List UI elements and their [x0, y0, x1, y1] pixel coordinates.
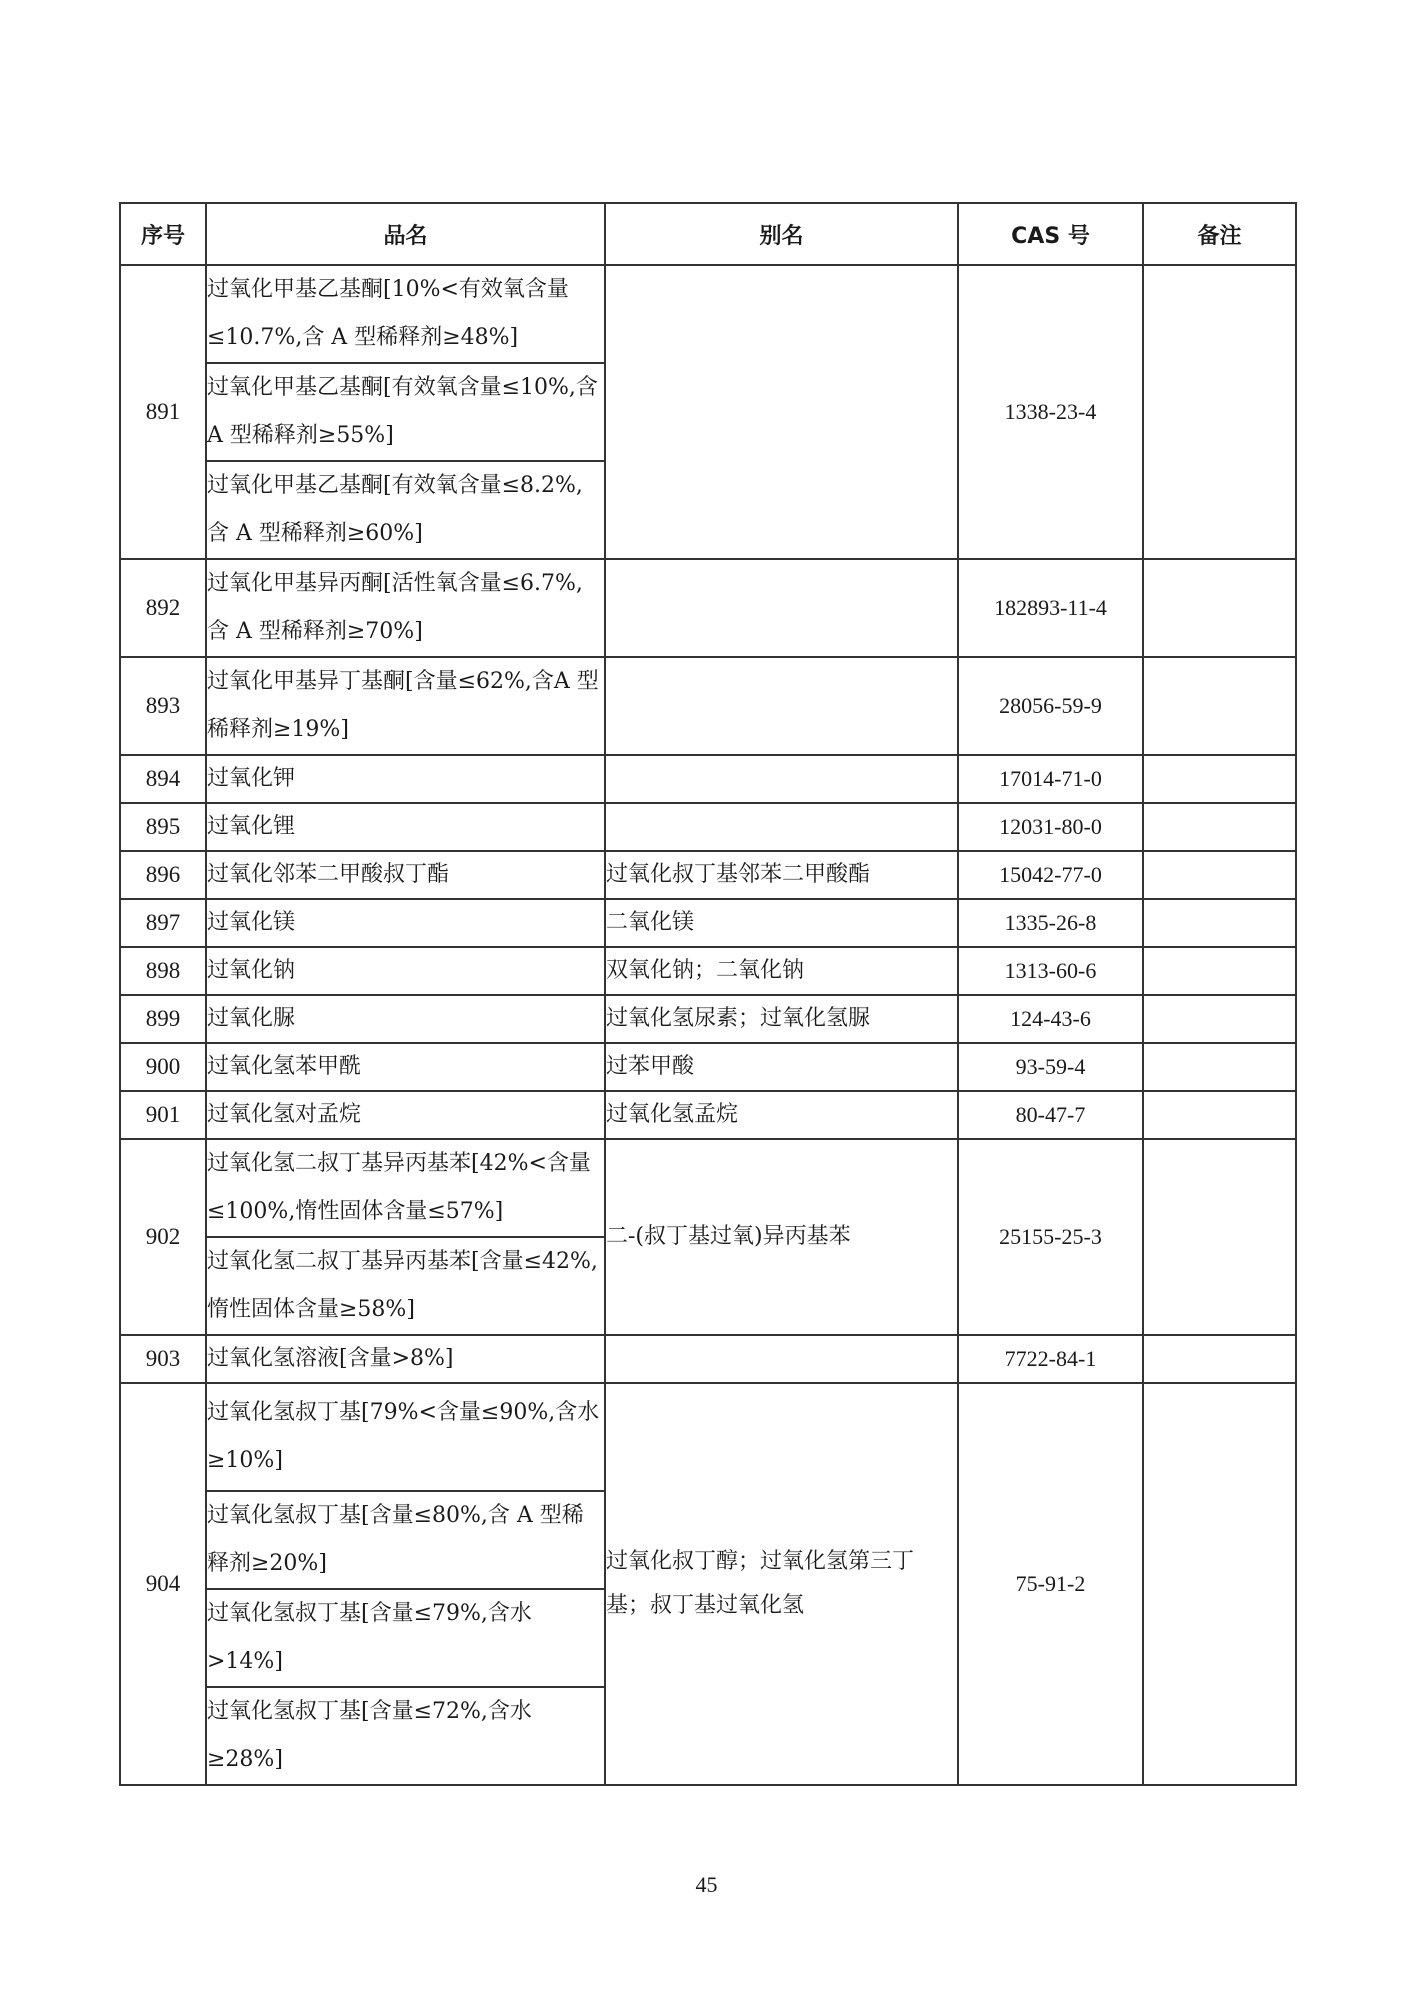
note — [1143, 559, 1296, 657]
note — [1143, 803, 1296, 851]
alias — [605, 755, 958, 803]
cas-number: 80-47-7 — [958, 1091, 1143, 1139]
alias — [605, 265, 958, 559]
note — [1143, 755, 1296, 803]
product-name: 过氧化脲 — [206, 995, 605, 1043]
header-note: 备注 — [1143, 203, 1296, 265]
cas-number: 1335-26-8 — [958, 899, 1143, 947]
header-alias: 别名 — [605, 203, 958, 265]
note — [1143, 1139, 1296, 1335]
row-number: 902 — [120, 1139, 206, 1335]
product-name: 过氧化氢叔丁基[79%<含量≤90%,含水≥10%] — [206, 1383, 605, 1491]
alias: 二氧化镁 — [605, 899, 958, 947]
note — [1143, 657, 1296, 755]
page-number: 45 — [0, 1872, 1413, 1898]
product-name: 过氧化氢二叔丁基异丙基苯[含量≤42%,惰性固体含量≥58%] — [206, 1237, 605, 1335]
row-number: 903 — [120, 1335, 206, 1383]
cas-number: 93-59-4 — [958, 1043, 1143, 1091]
alias: 过苯甲酸 — [605, 1043, 958, 1091]
row-number: 891 — [120, 265, 206, 559]
table-row: 898 过氧化钠 双氧化钠；二氧化钠 1313-60-6 — [120, 947, 1296, 995]
alias: 双氧化钠；二氧化钠 — [605, 947, 958, 995]
table-row: 900 过氧化氢苯甲酰 过苯甲酸 93-59-4 — [120, 1043, 1296, 1091]
product-name: 过氧化邻苯二甲酸叔丁酯 — [206, 851, 605, 899]
product-name: 过氧化钾 — [206, 755, 605, 803]
cas-number: 75-91-2 — [958, 1383, 1143, 1785]
product-name: 过氧化氢苯甲酰 — [206, 1043, 605, 1091]
row-number: 898 — [120, 947, 206, 995]
header-cas: CAS 号 — [958, 203, 1143, 265]
note — [1143, 265, 1296, 559]
product-name: 过氧化氢二叔丁基异丙基苯[42%<含量≤100%,惰性固体含量≤57%] — [206, 1139, 605, 1237]
product-name: 过氧化锂 — [206, 803, 605, 851]
alias: 过氧化氢尿素；过氧化氢脲 — [605, 995, 958, 1043]
alias — [605, 657, 958, 755]
cas-number: 124-43-6 — [958, 995, 1143, 1043]
cas-number: 17014-71-0 — [958, 755, 1143, 803]
cas-number: 28056-59-9 — [958, 657, 1143, 755]
cas-number: 1313-60-6 — [958, 947, 1143, 995]
table-row: 893 过氧化甲基异丁基酮[含量≤62%,含A 型稀释剂≥19%] 28056-… — [120, 657, 1296, 755]
product-name: 过氧化甲基异丁基酮[含量≤62%,含A 型稀释剂≥19%] — [206, 657, 605, 755]
alias: 过氧化叔丁醇；过氧化氢第三丁基；叔丁基过氧化氢 — [605, 1383, 958, 1785]
note — [1143, 1091, 1296, 1139]
row-number: 893 — [120, 657, 206, 755]
row-number: 897 — [120, 899, 206, 947]
table-row: 892 过氧化甲基异丙酮[活性氧含量≤6.7%,含 A 型稀释剂≥70%] 18… — [120, 559, 1296, 657]
table-row: 903 过氧化氢溶液[含量>8%] 7722-84-1 — [120, 1335, 1296, 1383]
alias — [605, 559, 958, 657]
row-number: 896 — [120, 851, 206, 899]
note — [1143, 851, 1296, 899]
note — [1143, 1383, 1296, 1785]
alias: 二-(叔丁基过氧)异丙基苯 — [605, 1139, 958, 1335]
table-row: 904 过氧化氢叔丁基[79%<含量≤90%,含水≥10%] 过氧化叔丁醇；过氧… — [120, 1383, 1296, 1491]
alias: 过氧化叔丁基邻苯二甲酸酯 — [605, 851, 958, 899]
table-row: 896 过氧化邻苯二甲酸叔丁酯 过氧化叔丁基邻苯二甲酸酯 15042-77-0 — [120, 851, 1296, 899]
product-name: 过氧化氢叔丁基[含量≤80%,含 A 型稀释剂≥20%] — [206, 1491, 605, 1589]
cas-number: 182893-11-4 — [958, 559, 1143, 657]
document-page: 序号 品名 别名 CAS 号 备注 891 过氧化甲基乙基酮[10%<有效氧含量… — [0, 0, 1413, 2000]
header-name: 品名 — [206, 203, 605, 265]
cas-number: 15042-77-0 — [958, 851, 1143, 899]
product-name: 过氧化氢叔丁基[含量≤72%,含水≥28%] — [206, 1687, 605, 1785]
row-number: 899 — [120, 995, 206, 1043]
cas-number: 12031-80-0 — [958, 803, 1143, 851]
row-number: 900 — [120, 1043, 206, 1091]
row-number: 904 — [120, 1383, 206, 1785]
product-name: 过氧化甲基乙基酮[有效氧含量≤10%,含 A 型稀释剂≥55%] — [206, 363, 605, 461]
note — [1143, 995, 1296, 1043]
cas-number: 25155-25-3 — [958, 1139, 1143, 1335]
cas-number: 7722-84-1 — [958, 1335, 1143, 1383]
table-row: 891 过氧化甲基乙基酮[10%<有效氧含量 ≤10.7%,含 A 型稀释剂≥4… — [120, 265, 1296, 363]
table-row: 901 过氧化氢对孟烷 过氧化氢孟烷 80-47-7 — [120, 1091, 1296, 1139]
product-name: 过氧化甲基乙基酮[10%<有效氧含量 ≤10.7%,含 A 型稀释剂≥48%] — [206, 265, 605, 363]
product-name: 过氧化氢溶液[含量>8%] — [206, 1335, 605, 1383]
product-name: 过氧化甲基异丙酮[活性氧含量≤6.7%,含 A 型稀释剂≥70%] — [206, 559, 605, 657]
alias — [605, 1335, 958, 1383]
note — [1143, 899, 1296, 947]
note — [1143, 1335, 1296, 1383]
row-number: 901 — [120, 1091, 206, 1139]
table-row: 899 过氧化脲 过氧化氢尿素；过氧化氢脲 124-43-6 — [120, 995, 1296, 1043]
product-name: 过氧化甲基乙基酮[有效氧含量≤8.2%,含 A 型稀释剂≥60%] — [206, 461, 605, 559]
cas-number: 1338-23-4 — [958, 265, 1143, 559]
note — [1143, 947, 1296, 995]
product-name: 过氧化镁 — [206, 899, 605, 947]
hazardous-chemicals-table: 序号 品名 别名 CAS 号 备注 891 过氧化甲基乙基酮[10%<有效氧含量… — [119, 202, 1297, 1786]
product-name: 过氧化氢对孟烷 — [206, 1091, 605, 1139]
product-name: 过氧化钠 — [206, 947, 605, 995]
alias — [605, 803, 958, 851]
table-row: 897 过氧化镁 二氧化镁 1335-26-8 — [120, 899, 1296, 947]
row-number: 894 — [120, 755, 206, 803]
header-no: 序号 — [120, 203, 206, 265]
table-row: 902 过氧化氢二叔丁基异丙基苯[42%<含量≤100%,惰性固体含量≤57%]… — [120, 1139, 1296, 1237]
table-row: 895 过氧化锂 12031-80-0 — [120, 803, 1296, 851]
table-header-row: 序号 品名 别名 CAS 号 备注 — [120, 203, 1296, 265]
table-row: 894 过氧化钾 17014-71-0 — [120, 755, 1296, 803]
alias: 过氧化氢孟烷 — [605, 1091, 958, 1139]
note — [1143, 1043, 1296, 1091]
row-number: 895 — [120, 803, 206, 851]
product-name: 过氧化氢叔丁基[含量≤79%,含水>14%] — [206, 1589, 605, 1687]
row-number: 892 — [120, 559, 206, 657]
